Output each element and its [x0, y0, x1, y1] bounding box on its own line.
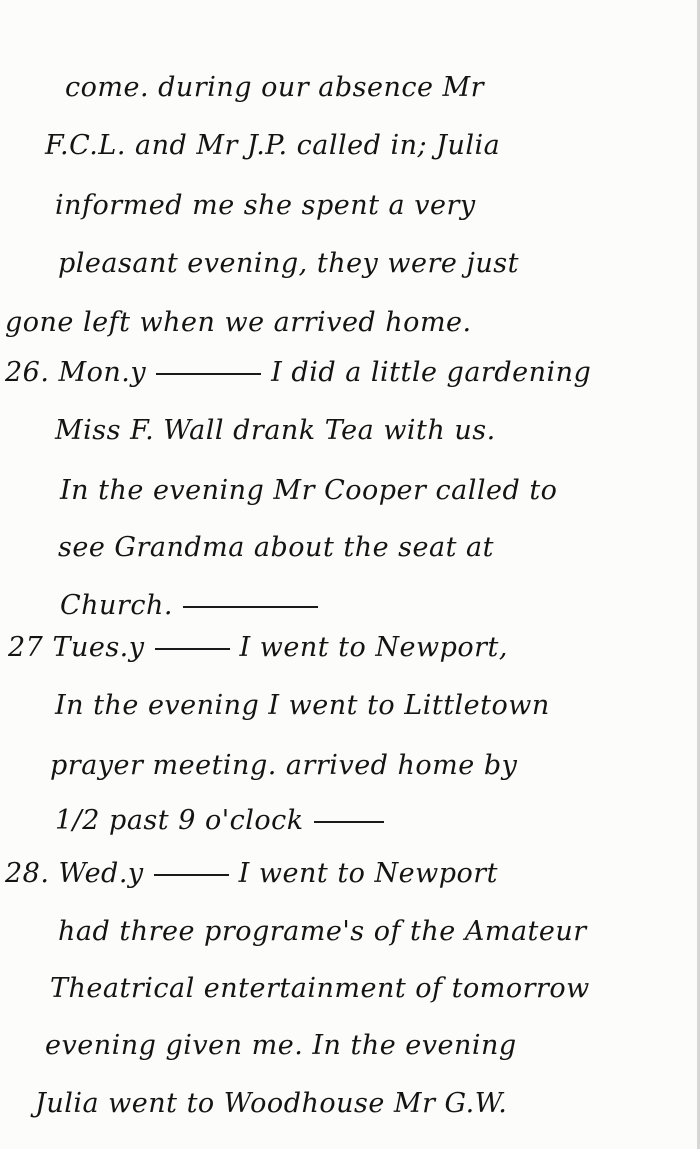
- dash-rule: [155, 648, 230, 650]
- dash-rule: [154, 874, 229, 876]
- diary-line: F.C.L. and Mr J.P. called in; Julia: [45, 130, 500, 161]
- diary-entry-28: 28. Wed.yI went to Newport: [5, 858, 498, 889]
- entry-text: I went to Newport,: [240, 632, 508, 663]
- diary-line: gone left when we arrived home.: [5, 307, 472, 338]
- diary-line: see Grandma about the seat at: [58, 532, 494, 563]
- entry-date: 27 Tues.y: [8, 632, 145, 663]
- entry-text: Church.: [60, 590, 173, 621]
- diary-page: come. during our absence Mr F.C.L. and M…: [0, 0, 700, 1149]
- entry-text: I did a little gardening: [271, 357, 591, 388]
- entry-date: 26. Mon.y: [5, 357, 146, 388]
- diary-line: had three programe's of the Amateur: [58, 916, 587, 947]
- diary-line: Miss F. Wall drank Tea with us.: [55, 415, 496, 446]
- diary-entry-27: 27 Tues.yI went to Newport,: [8, 632, 508, 663]
- diary-line: informed me she spent a very: [55, 190, 476, 221]
- diary-line: prayer meeting. arrived home by: [50, 750, 517, 781]
- diary-line: In the evening I went to Littletown: [55, 690, 550, 721]
- entry-date: 28. Wed.y: [5, 858, 144, 889]
- diary-line: In the evening Mr Cooper called to: [60, 475, 557, 506]
- diary-line: Theatrical entertainment of tomorrow: [50, 973, 590, 1004]
- entry-text: 1/2 past 9 o'clock: [55, 805, 304, 836]
- diary-entry-26: 26. Mon.yI did a little gardening: [5, 357, 591, 388]
- dash-rule: [314, 821, 384, 823]
- diary-line: Church.: [60, 590, 328, 621]
- diary-line: come. during our absence Mr: [65, 72, 484, 103]
- diary-line: evening given me. In the evening: [45, 1030, 517, 1061]
- diary-line: pleasant evening, they were just: [58, 248, 519, 279]
- entry-text: I went to Newport: [239, 858, 498, 889]
- dash-rule: [183, 606, 318, 608]
- dash-rule: [156, 373, 261, 375]
- diary-line: Julia went to Woodhouse Mr G.W.: [35, 1088, 507, 1119]
- diary-line: 1/2 past 9 o'clock: [55, 805, 394, 836]
